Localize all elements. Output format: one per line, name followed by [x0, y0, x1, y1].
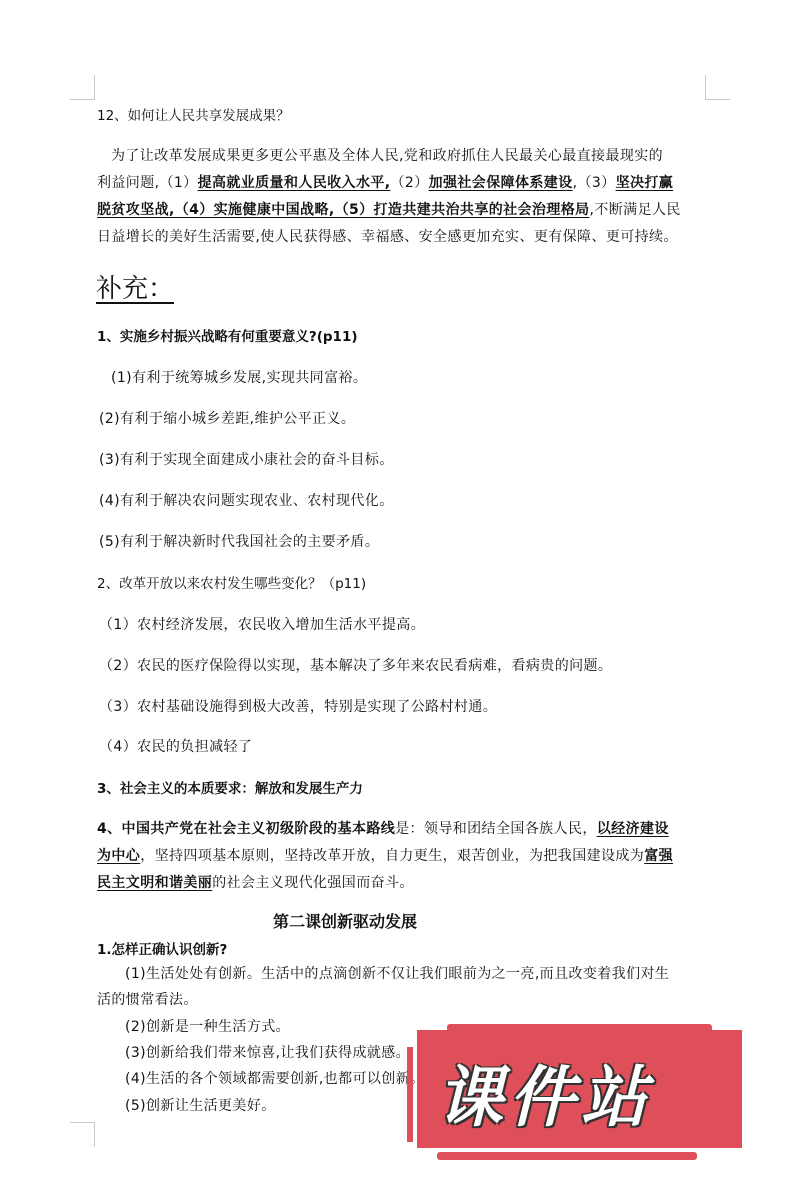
lesson-2-item-1-line-1: (1)生活处处有创新。生活中的点滴创新不仅让我们眼前为之一亮,而且改变着我们对生	[125, 963, 669, 983]
lesson-2-item-3: (3)创新给我们带来惊喜,让我们获得成就感。	[125, 1042, 410, 1062]
supplement-q1-title: 1、实施乡村振兴战略有何重要意义?(p11)	[97, 325, 358, 345]
text-run: ，坚持四项基本原则，坚持改革开放，自力更生，艰苦创业，为把我国建设成为	[140, 848, 644, 864]
supplement-q3-title: 3、社会主义的本质要求：解放和发展生产力	[97, 777, 363, 797]
supplement-q2-item-1: （1）农村经济发展，农民收入增加生活水平提高。	[99, 614, 425, 634]
emphasis-run: 为中心	[97, 848, 140, 864]
supplement-q2-title: 2、改革开放以来农村发生哪些变化？（p11)	[97, 572, 366, 592]
watermark-stamp: 课件站	[407, 1012, 747, 1162]
page-corner-mark-top-right	[705, 75, 730, 100]
text-run: 利益问题,（1）	[97, 175, 198, 191]
emphasis-run: 以经济建设	[597, 821, 669, 837]
supplement-heading: 补充：	[96, 268, 174, 305]
text-run: 是：领导和团结全国各族人民，	[395, 821, 597, 837]
text-run: 的社会主义现代化强国而奋斗。	[212, 875, 414, 891]
lesson-2-item-5: (5)创新让生活更美好。	[125, 1095, 276, 1115]
text-run: ,不断满足人民	[590, 202, 681, 218]
emphasis-run: 富强	[644, 848, 673, 864]
supplement-q4-line-3: 民主文明和谐美丽的社会主义现代化强国而奋斗。	[97, 872, 414, 892]
lesson-2-item-1-line-2: 活的惯常看法。	[97, 989, 198, 1009]
page-corner-mark-top-left	[70, 75, 95, 100]
emphasis-run: 提高就业质量和人民收入水平,	[198, 175, 391, 191]
supplement-q1-item-4: (4)有利于解决农问题实现农业、农村现代化。	[99, 490, 394, 510]
stamp-decor	[437, 1152, 697, 1160]
supplement-q4-line-2: 为中心，坚持四项基本原则，坚持改革开放，自力更生，艰苦创业，为把我国建设成为富强	[97, 845, 673, 865]
text-run: ,（3）	[573, 175, 616, 191]
text-run: （2）	[390, 175, 428, 191]
q12-paragraph-line-4: 日益增长的美好生活需要,使人民获得感、幸福感、安全感更加充实、更有保障、更可持续…	[97, 226, 678, 246]
q12-paragraph-line-2: 利益问题,（1）提高就业质量和人民收入水平,（2）加强社会保障体系建设,（3）坚…	[97, 172, 673, 192]
supplement-q1-item-5: (5)有利于解决新时代我国社会的主要矛盾。	[99, 531, 379, 551]
emphasis-run: 民主文明和谐美丽	[97, 875, 212, 891]
supplement-q1-item-1: (1)有利于统筹城乡发展,实现共同富裕。	[111, 367, 367, 387]
lesson-2-item-4: (4)生活的各个领域都需要创新,也都可以创新。	[125, 1068, 424, 1088]
emphasis-run: 坚决打赢	[616, 175, 674, 191]
emphasis-run: 脱贫攻坚战,（4）实施健康中国战略,（5）打造共建共治共享的社会治理格局	[97, 202, 590, 218]
supplement-q1-item-2: (2)有利于缩小城乡差距,维护公平正义。	[99, 408, 355, 428]
lesson-2-title: 第二课创新驱动发展	[273, 909, 417, 932]
supplement-q4-line-1: 4、中国共产党在社会主义初级阶段的基本路线是：领导和团结全国各族人民，以经济建设	[97, 818, 669, 838]
watermark-text: 课件站	[437, 1044, 653, 1139]
emphasis-run: 4、中国共产党在社会主义初级阶段的基本路线	[97, 821, 395, 837]
page-corner-mark-bottom-left	[70, 1122, 95, 1147]
q12-paragraph-line-3: 脱贫攻坚战,（4）实施健康中国战略,（5）打造共建共治共享的社会治理格局,不断满…	[97, 199, 681, 219]
q12-paragraph-line-1: 为了让改革发展成果更多更公平惠及全体人民,党和政府抓住人民最关心最直接最现实的	[111, 145, 663, 165]
supplement-q1-item-3: (3)有利于实现全面建成小康社会的奋斗目标。	[99, 449, 394, 469]
supplement-q2-item-2: （2）农民的医疗保险得以实现，基本解决了多年来农民看病难，看病贵的问题。	[99, 655, 612, 675]
lesson-2-q1-title: 1.怎样正确认识创新?	[97, 938, 227, 958]
lesson-2-item-2: (2)创新是一种生活方式。	[125, 1016, 290, 1036]
supplement-q2-item-3: （3）农村基础设施得到极大改善，特别是实现了公路村村通。	[99, 696, 497, 716]
stamp-decor	[407, 1047, 413, 1142]
question-12-title: 12、如何让人民共享发展成果？	[97, 104, 290, 124]
emphasis-run: 加强社会保障体系建设	[429, 175, 573, 191]
supplement-q2-item-4: （4）农民的负担减轻了	[99, 736, 252, 756]
